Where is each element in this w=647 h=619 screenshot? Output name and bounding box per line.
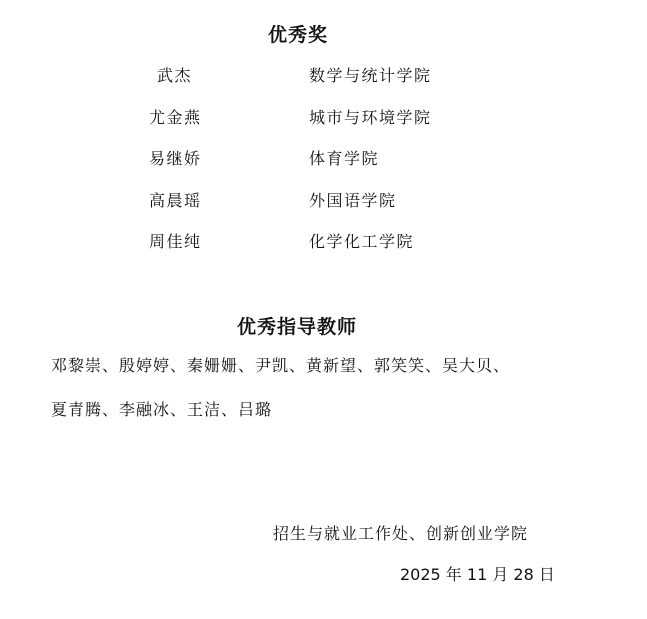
issue-date: 2025 年 11 月 28 日 — [400, 562, 555, 585]
award-college: 体育学院 — [309, 146, 379, 169]
teacher-list-line-2: 夏青腾、李融冰、王洁、吕璐 — [51, 397, 272, 420]
teacher-list-line-1: 邓黎崇、殷婷婷、秦姗姗、尹凯、黄新望、郭笑笑、吴大贝、 — [51, 353, 510, 376]
award-title: 优秀奖 — [268, 20, 328, 47]
award-name: 周佳纯 — [149, 229, 202, 252]
teacher-title: 优秀指导教师 — [237, 312, 357, 339]
award-name: 武杰 — [157, 63, 192, 86]
award-name: 尤金燕 — [149, 105, 202, 128]
award-college: 化学化工学院 — [309, 229, 414, 252]
issuer-signature: 招生与就业工作处、创新创业学院 — [273, 521, 528, 544]
award-name: 易继娇 — [149, 146, 202, 169]
award-college: 城市与环境学院 — [309, 105, 432, 128]
award-college: 外国语学院 — [309, 188, 397, 211]
award-name: 高晨瑶 — [149, 188, 202, 211]
award-college: 数学与统计学院 — [309, 63, 432, 86]
